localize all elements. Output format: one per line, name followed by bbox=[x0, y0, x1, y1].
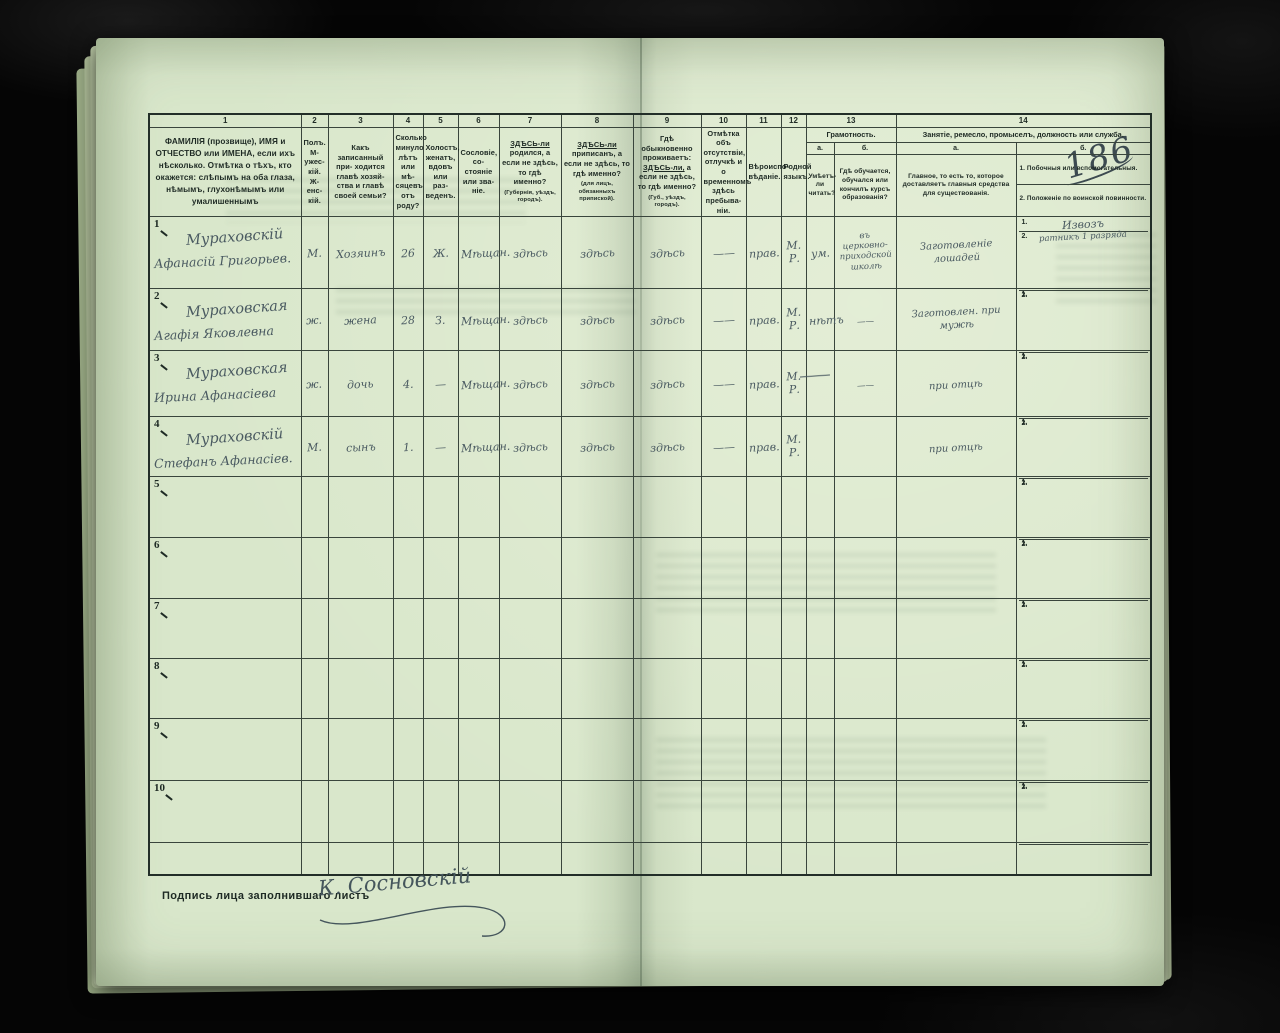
col-number: 13 bbox=[806, 114, 896, 127]
given-name-handwriting bbox=[154, 547, 298, 553]
header-birthplace-lead: ЗДѢСЬ-ли bbox=[510, 139, 549, 148]
cell-can-read bbox=[806, 538, 834, 599]
table-row: 2 Мураховская Агафія Яковлевна ж. жена 2… bbox=[149, 289, 1151, 351]
cell-occupation-main bbox=[896, 538, 1016, 599]
cell-language: М. Р. bbox=[781, 217, 806, 289]
cell-absence bbox=[701, 843, 746, 875]
row-number: 9 bbox=[154, 720, 169, 732]
cell-education bbox=[834, 538, 896, 599]
cell-language bbox=[781, 538, 806, 599]
cell-marital bbox=[423, 538, 458, 599]
cell-sex: М. bbox=[301, 417, 328, 477]
cell-residence: здѣсь bbox=[633, 289, 701, 351]
cell-residence bbox=[633, 659, 701, 719]
struck-out-entry bbox=[799, 371, 830, 382]
cell-occupation-side: 1. 2. bbox=[1016, 289, 1151, 351]
surname-handwriting bbox=[186, 607, 298, 615]
cell-name: 5 bbox=[149, 477, 301, 538]
header-registration-rest: приписанъ, а если не здѣсь, то гдѣ именн… bbox=[564, 149, 630, 177]
cell-religion bbox=[746, 719, 781, 781]
header-education: Гдѣ обучается, обучался или кончилъ курс… bbox=[834, 154, 896, 216]
cell-name: 4 Мураховскій Стефанъ Афанасіев. bbox=[149, 417, 301, 477]
cell-language bbox=[781, 719, 806, 781]
cell-birthplace bbox=[499, 477, 561, 538]
cell-estate bbox=[458, 659, 499, 719]
cell-name: 2 Мураховская Агафія Яковлевна bbox=[149, 289, 301, 351]
cell-occupation-main bbox=[896, 659, 1016, 719]
signature-flourish bbox=[314, 886, 544, 942]
header-registration-note: (для лицъ, обязанныхъ припиской). bbox=[564, 181, 631, 204]
cell-relation bbox=[328, 659, 393, 719]
cell-language bbox=[781, 599, 806, 659]
cell-occupation-main bbox=[896, 781, 1016, 843]
cell-can-read bbox=[806, 843, 834, 875]
subletter-a: а. bbox=[896, 143, 1016, 155]
header-birthplace-rest: родился, а если не здѣсь, то гдѣ именно? bbox=[502, 148, 558, 186]
cell-age: 1. bbox=[393, 417, 423, 477]
cell-residence: здѣсь bbox=[633, 417, 701, 477]
cell-sex: ж. bbox=[301, 289, 328, 351]
header-birthplace: ЗДѢСЬ-ли родился, а если не здѣсь, то гд… bbox=[499, 127, 561, 217]
cell-language: М. Р. bbox=[781, 417, 806, 477]
cell-marital bbox=[423, 719, 458, 781]
header-occupation-side: 1. Побочныя или вспомогательныя. 2. Поло… bbox=[1016, 154, 1151, 216]
cell-can-read bbox=[806, 719, 834, 781]
cell-education: —— bbox=[834, 351, 896, 417]
cell-registration bbox=[561, 477, 633, 538]
header-residence-lead: ЗДѢСЬ-ли, bbox=[643, 163, 685, 172]
cell-birthplace bbox=[499, 843, 561, 875]
cell-sex: ж. bbox=[301, 351, 328, 417]
cell-estate bbox=[458, 781, 499, 843]
cell-relation: сынъ bbox=[328, 417, 393, 477]
row-number: 1 bbox=[154, 218, 169, 230]
military-status-subcell: 2. bbox=[1019, 660, 1149, 661]
given-name-handwriting: Ирина Афанасіева bbox=[154, 384, 299, 405]
cell-name: 1 Мураховскій Афанасій Григорьев. bbox=[149, 217, 301, 289]
military-status-subcell: 2. bbox=[1019, 720, 1149, 721]
cell-sex bbox=[301, 538, 328, 599]
header-age: Сколько минуло лѣтъ или мѣ- сяцевъ отъ р… bbox=[393, 127, 423, 217]
cell-marital: — bbox=[423, 351, 458, 417]
cell-religion bbox=[746, 477, 781, 538]
row-number: 5 bbox=[154, 478, 169, 490]
cell-occupation-side: 1. 2. bbox=[1016, 843, 1151, 875]
military-status-subcell: 2. bbox=[1019, 844, 1149, 845]
cell-age bbox=[393, 719, 423, 781]
cell-registration bbox=[561, 599, 633, 659]
cell-name bbox=[149, 843, 301, 875]
cell-residence bbox=[633, 719, 701, 781]
given-name-handwriting bbox=[154, 608, 298, 614]
cell-education bbox=[834, 477, 896, 538]
cell-absence: —— bbox=[701, 417, 746, 477]
table-row: 9 1. 2. bbox=[149, 719, 1151, 781]
cell-can-read bbox=[806, 781, 834, 843]
table-row: 4 Мураховскій Стефанъ Афанасіев. М. сынъ… bbox=[149, 417, 1151, 477]
cell-registration: здѣсь bbox=[561, 417, 633, 477]
header-literacy-title: Грамотность. bbox=[806, 127, 896, 143]
cell-name: 3 Мураховская Ирина Афанасіева bbox=[149, 351, 301, 417]
col-number: 8 bbox=[561, 114, 633, 127]
header-military-status: 2. Положеніе по воинской повинности. bbox=[1017, 184, 1151, 213]
given-name-handwriting bbox=[154, 728, 298, 734]
cell-estate bbox=[458, 477, 499, 538]
cell-relation bbox=[328, 719, 393, 781]
cell-can-read: ум. bbox=[806, 217, 834, 289]
scanned-census-page: 186 1 2 3 4 5 6 7 8 9 10 bbox=[0, 0, 1280, 1033]
cell-age bbox=[393, 538, 423, 599]
cell-marital: — bbox=[423, 417, 458, 477]
table-row: 6 1. 2. bbox=[149, 538, 1151, 599]
cell-occupation-side: 1.Извозъ 2.ратникъ 1 разряда bbox=[1016, 217, 1151, 289]
side-occupation-subcell: 1.Извозъ bbox=[1019, 218, 1149, 231]
cell-sex bbox=[301, 843, 328, 875]
cell-marital: З. bbox=[423, 289, 458, 351]
row-number: 4 bbox=[154, 418, 169, 430]
cell-marital bbox=[423, 659, 458, 719]
cell-residence: здѣсь bbox=[633, 351, 701, 417]
header-residence: Гдѣ обыкновенно проживаетъ: ЗДѢСЬ-ли, а … bbox=[633, 127, 701, 217]
subletter-b: б. bbox=[834, 143, 896, 155]
cell-religion bbox=[746, 843, 781, 875]
cell-birthplace bbox=[499, 781, 561, 843]
cell-name: 7 bbox=[149, 599, 301, 659]
header-residence-pre: Гдѣ обыкновенно проживаетъ: bbox=[641, 134, 692, 162]
surname-handwriting bbox=[186, 789, 298, 797]
table-row: 8 1. 2. bbox=[149, 659, 1151, 719]
given-name-handwriting: Агафія Яковлевна bbox=[154, 322, 299, 343]
cell-religion: прав. bbox=[746, 351, 781, 417]
surname-handwriting: Мураховскій bbox=[186, 225, 299, 249]
header-religion: Вѣроиспо- вѣданіе. bbox=[746, 127, 781, 217]
cell-sex bbox=[301, 599, 328, 659]
cell-age: 26 bbox=[393, 217, 423, 289]
cell-age: 4. bbox=[393, 351, 423, 417]
surname-handwriting: Мураховская bbox=[186, 297, 299, 321]
military-status-subcell: 2. bbox=[1019, 290, 1149, 291]
cell-estate bbox=[458, 538, 499, 599]
given-name-handwriting: Стефанъ Афанасіев. bbox=[154, 450, 299, 471]
military-status-subcell: 2. bbox=[1019, 539, 1149, 540]
col-number: 2 bbox=[301, 114, 328, 127]
col-number: 11 bbox=[746, 114, 781, 127]
cell-marital: Ж. bbox=[423, 217, 458, 289]
cell-name: 8 bbox=[149, 659, 301, 719]
cell-relation: Хозяинъ bbox=[328, 217, 393, 289]
cell-absence: —— bbox=[701, 217, 746, 289]
cell-age bbox=[393, 599, 423, 659]
table-row: 5 1. 2. bbox=[149, 477, 1151, 538]
cell-religion: прав. bbox=[746, 417, 781, 477]
cell-absence: —— bbox=[701, 289, 746, 351]
cell-relation: жена bbox=[328, 289, 393, 351]
cell-residence: здѣсь bbox=[633, 217, 701, 289]
subletter-b: б. bbox=[1016, 143, 1151, 155]
surname-handwriting bbox=[186, 851, 298, 859]
cell-can-read bbox=[806, 351, 834, 417]
col-number: 4 bbox=[393, 114, 423, 127]
cell-sex bbox=[301, 781, 328, 843]
col-number: 1 bbox=[149, 114, 301, 127]
cell-education bbox=[834, 417, 896, 477]
header-row: ФАМИЛІЯ (прозвище), ИМЯ и ОТЧЕСТВО или И… bbox=[149, 127, 1151, 143]
cell-occupation-side: 1. 2. bbox=[1016, 417, 1151, 477]
cell-age: 28 bbox=[393, 289, 423, 351]
header-registration-lead: ЗДѢСЬ-ли bbox=[577, 140, 616, 149]
cell-occupation-side: 1. 2. bbox=[1016, 659, 1151, 719]
header-sex: Полъ. М-ужес- кій. Ж-енс- кій. bbox=[301, 127, 328, 217]
cell-age bbox=[393, 781, 423, 843]
cell-registration bbox=[561, 843, 633, 875]
cell-birthplace bbox=[499, 719, 561, 781]
cell-absence bbox=[701, 477, 746, 538]
military-status-subcell: 2.ратникъ 1 разряда bbox=[1019, 231, 1149, 242]
cell-birthplace bbox=[499, 659, 561, 719]
cell-can-read bbox=[806, 599, 834, 659]
cell-occupation-main bbox=[896, 477, 1016, 538]
military-status-subcell: 2. bbox=[1019, 418, 1149, 419]
census-table: 1 2 3 4 5 6 7 8 9 10 11 12 13 14 ФАМИЛІЯ… bbox=[148, 113, 1152, 876]
cell-can-read: нѣтъ bbox=[806, 289, 834, 351]
cell-language bbox=[781, 659, 806, 719]
table-row: 3 Мураховская Ирина Афанасіева ж. дочь 4… bbox=[149, 351, 1151, 417]
cell-estate bbox=[458, 599, 499, 659]
cell-occupation-main: при отцѣ bbox=[896, 351, 1016, 417]
surname-handwriting bbox=[186, 546, 298, 554]
table-body: 1 Мураховскій Афанасій Григорьев. М. Хоз… bbox=[149, 217, 1151, 875]
cell-can-read bbox=[806, 417, 834, 477]
military-status-subcell: 2. bbox=[1019, 478, 1149, 479]
cell-education bbox=[834, 781, 896, 843]
cell-occupation-side: 1. 2. bbox=[1016, 719, 1151, 781]
header-side-occupation: 1. Побочныя или вспомогательныя. bbox=[1017, 155, 1151, 184]
col-number: 14 bbox=[896, 114, 1151, 127]
cell-birthplace bbox=[499, 599, 561, 659]
row-number: 2 bbox=[154, 290, 169, 302]
header-absence: Отмѣтка объ отсутствіи, отлучкѣ и о врем… bbox=[701, 127, 746, 217]
col-number: 6 bbox=[458, 114, 499, 127]
cell-marital bbox=[423, 781, 458, 843]
cell-relation bbox=[328, 538, 393, 599]
cell-registration bbox=[561, 781, 633, 843]
cell-language: М. Р. bbox=[781, 289, 806, 351]
cell-education: въ церковно- приходской школѣ bbox=[834, 217, 896, 289]
header-occupation-title: Занятіе, ремесло, промыселъ, должность и… bbox=[896, 127, 1151, 143]
row-number: 8 bbox=[154, 660, 169, 672]
cell-relation bbox=[328, 477, 393, 538]
cell-relation bbox=[328, 781, 393, 843]
col-number: 3 bbox=[328, 114, 393, 127]
row-number: 6 bbox=[154, 539, 169, 551]
military-status-subcell: 2. bbox=[1019, 352, 1149, 353]
cell-language bbox=[781, 843, 806, 875]
military-status-subcell: 2. bbox=[1019, 600, 1149, 601]
cell-estate: Мѣщан. bbox=[458, 289, 499, 351]
header-relation: Какъ записанный при- ходится главѣ хозяй… bbox=[328, 127, 393, 217]
military-status-subcell: 2. bbox=[1019, 782, 1149, 783]
col-number: 9 bbox=[633, 114, 701, 127]
cell-name: 10 bbox=[149, 781, 301, 843]
cell-religion bbox=[746, 599, 781, 659]
surname-handwriting bbox=[186, 727, 298, 735]
header-name-column: ФАМИЛІЯ (прозвище), ИМЯ и ОТЧЕСТВО или И… bbox=[149, 127, 301, 217]
subletter-a: а. bbox=[806, 143, 834, 155]
cell-education bbox=[834, 599, 896, 659]
given-name-handwriting: Афанасій Григорьев. bbox=[154, 250, 299, 271]
table-row: 7 1. 2. bbox=[149, 599, 1151, 659]
column-number-row: 1 2 3 4 5 6 7 8 9 10 11 12 13 14 bbox=[149, 114, 1151, 127]
cell-language bbox=[781, 477, 806, 538]
col-number: 5 bbox=[423, 114, 458, 127]
cell-name: 9 bbox=[149, 719, 301, 781]
cell-registration: здѣсь bbox=[561, 289, 633, 351]
cell-marital bbox=[423, 599, 458, 659]
given-name-handwriting bbox=[154, 486, 298, 492]
cell-registration bbox=[561, 538, 633, 599]
cell-can-read bbox=[806, 477, 834, 538]
cell-sex bbox=[301, 477, 328, 538]
cell-absence bbox=[701, 659, 746, 719]
cell-language bbox=[781, 781, 806, 843]
cell-name: 6 bbox=[149, 538, 301, 599]
cell-absence bbox=[701, 538, 746, 599]
given-name-handwriting bbox=[154, 852, 298, 858]
header-registration: ЗДѢСЬ-ли приписанъ, а если не здѣсь, то … bbox=[561, 127, 633, 217]
cell-registration bbox=[561, 719, 633, 781]
cell-occupation-side: 1. 2. bbox=[1016, 599, 1151, 659]
cell-sex bbox=[301, 659, 328, 719]
header-marital: Холостъ, женатъ, вдовъ или раз- веденъ. bbox=[423, 127, 458, 217]
cell-registration: здѣсь bbox=[561, 217, 633, 289]
cell-occupation-side: 1. 2. bbox=[1016, 351, 1151, 417]
cell-residence bbox=[633, 781, 701, 843]
cell-absence bbox=[701, 719, 746, 781]
header-residence-note: (Губ., уѣздъ, городъ). bbox=[636, 195, 699, 210]
cell-can-read bbox=[806, 659, 834, 719]
surname-handwriting: Мураховская bbox=[186, 359, 299, 383]
cell-relation: дочь bbox=[328, 351, 393, 417]
cell-sex: М. bbox=[301, 217, 328, 289]
cell-religion: прав. bbox=[746, 289, 781, 351]
row-number: 10 bbox=[154, 782, 174, 794]
header-occupation-main: Главное, то есть то, которое доставляетъ… bbox=[896, 154, 1016, 216]
cell-estate: Мѣщан. bbox=[458, 351, 499, 417]
cell-marital bbox=[423, 477, 458, 538]
cell-birthplace bbox=[499, 538, 561, 599]
table-row: 10 1. 2. bbox=[149, 781, 1151, 843]
cell-occupation-main bbox=[896, 719, 1016, 781]
cell-estate: Мѣщан. bbox=[458, 417, 499, 477]
cell-occupation-main: при отцѣ bbox=[896, 417, 1016, 477]
header-language: Родной языкъ. bbox=[781, 127, 806, 217]
cell-religion: прав. bbox=[746, 217, 781, 289]
cell-residence bbox=[633, 538, 701, 599]
cell-occupation-main bbox=[896, 599, 1016, 659]
col-number: 10 bbox=[701, 114, 746, 127]
surname-handwriting: Мураховскій bbox=[186, 425, 299, 449]
cell-residence bbox=[633, 477, 701, 538]
cell-education bbox=[834, 843, 896, 875]
cell-registration bbox=[561, 659, 633, 719]
cell-relation bbox=[328, 599, 393, 659]
cell-education bbox=[834, 719, 896, 781]
row-number: 7 bbox=[154, 600, 169, 612]
cell-occupation-main: Заготовлен. при мужѣ bbox=[896, 289, 1016, 351]
cell-age bbox=[393, 477, 423, 538]
given-name-handwriting bbox=[154, 790, 298, 796]
header-estate: Сословіе, со- стояніе или зва- ніе. bbox=[458, 127, 499, 217]
cell-residence bbox=[633, 599, 701, 659]
cell-religion bbox=[746, 781, 781, 843]
cell-age bbox=[393, 659, 423, 719]
cell-sex bbox=[301, 719, 328, 781]
cell-education bbox=[834, 659, 896, 719]
surname-handwriting bbox=[186, 667, 298, 675]
cell-occupation-main bbox=[896, 843, 1016, 875]
cell-religion bbox=[746, 659, 781, 719]
col-number: 7 bbox=[499, 114, 561, 127]
cell-absence: —— bbox=[701, 351, 746, 417]
cell-language: М. Р. bbox=[781, 351, 806, 417]
row-number: 3 bbox=[154, 352, 169, 364]
cell-occupation-side: 1. 2. bbox=[1016, 477, 1151, 538]
cell-residence bbox=[633, 843, 701, 875]
cell-relation bbox=[328, 843, 393, 875]
table-row: 1 Мураховскій Афанасій Григорьев. М. Хоз… bbox=[149, 217, 1151, 289]
col-number: 12 bbox=[781, 114, 806, 127]
cell-religion bbox=[746, 538, 781, 599]
cell-absence bbox=[701, 599, 746, 659]
cell-absence bbox=[701, 781, 746, 843]
census-sheet: 186 1 2 3 4 5 6 7 8 9 10 bbox=[96, 38, 1164, 986]
given-name-handwriting bbox=[154, 668, 298, 674]
cell-estate bbox=[458, 719, 499, 781]
cell-occupation-side: 1. 2. bbox=[1016, 538, 1151, 599]
table-row: 1. 2. bbox=[149, 843, 1151, 875]
cell-occupation-side: 1. 2. bbox=[1016, 781, 1151, 843]
header-birthplace-note: (Губернія, уѣздъ, городъ). bbox=[502, 190, 559, 205]
surname-handwriting bbox=[186, 485, 298, 493]
cell-registration: здѣсь bbox=[561, 351, 633, 417]
cell-occupation-main: Заготовленіе лошадей bbox=[896, 217, 1016, 289]
cell-estate: Мѣщан. bbox=[458, 217, 499, 289]
